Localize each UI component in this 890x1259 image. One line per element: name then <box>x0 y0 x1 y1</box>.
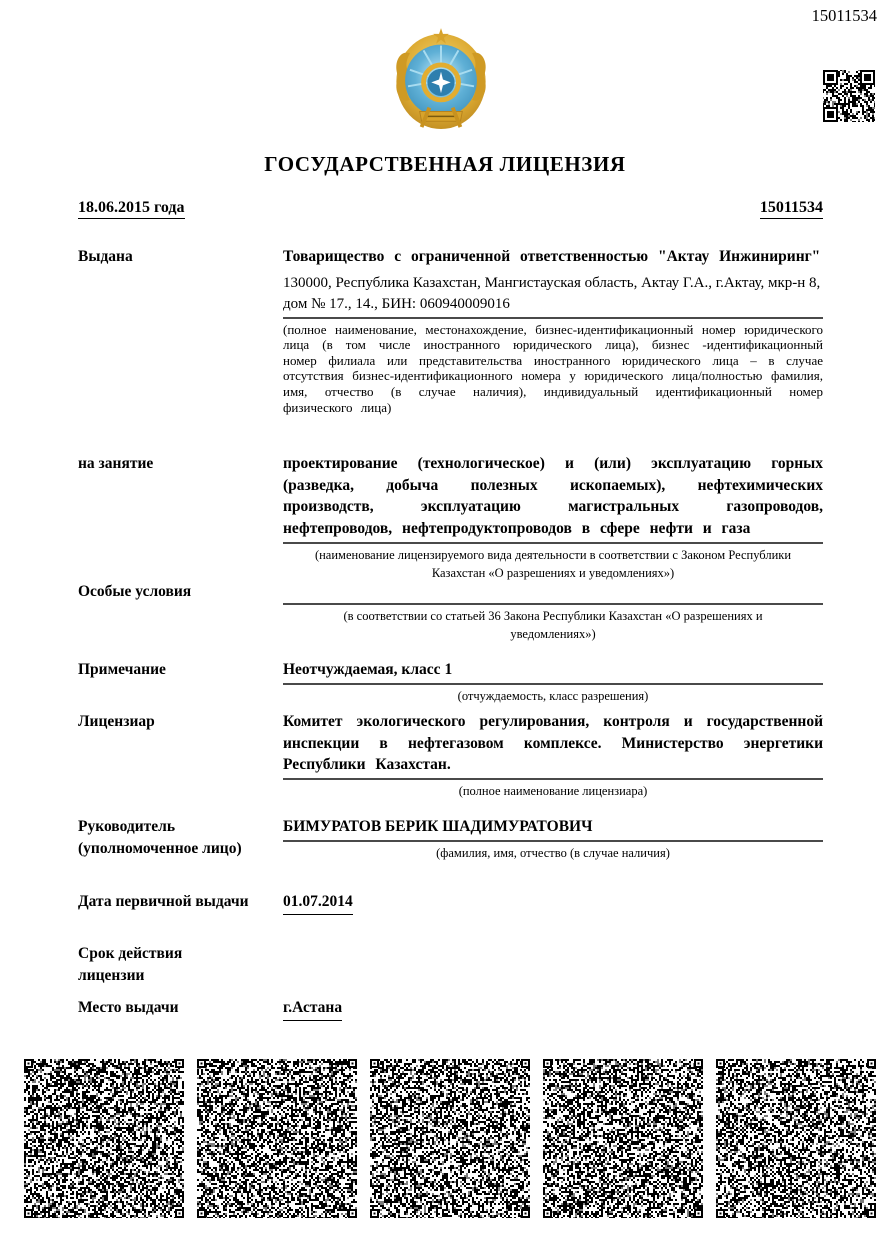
barcode-icon <box>197 1059 357 1218</box>
field-special-conditions: Особые условия (в соответствии со статье… <box>78 581 823 643</box>
field-validity-label: Срок действия лицензии <box>78 943 283 986</box>
field-head-caption: (фамилия, имя, отчество (в случае наличи… <box>283 844 823 862</box>
barcode-strip <box>24 1059 876 1218</box>
qr-code-canvas <box>820 67 878 125</box>
document-number-top: 15011534 <box>812 6 877 26</box>
field-licensor-caption: (полное наименование лицензиара) <box>283 782 823 800</box>
field-head: Руководитель (уполномоченное лицо) БИМУР… <box>78 816 823 862</box>
field-licensor: Лицензиар Комитет экологического регулир… <box>78 711 823 800</box>
field-licensor-value: Комитет экологического регулирования, ко… <box>283 711 823 776</box>
field-activity-caption: (наименование лицензируемого вида деятел… <box>313 546 793 582</box>
field-note-value: Неотчуждаемая, класс 1 <box>283 659 823 681</box>
field-first-issue-date-label: Дата первичной выдачи <box>78 891 283 913</box>
field-issued-to-caption: (полное наименование, местонахождение, б… <box>283 322 823 416</box>
divider <box>283 840 823 842</box>
field-issue-place: Место выдачи г.Астана <box>78 997 823 1021</box>
license-number: 15011534 <box>760 199 823 219</box>
field-issued-to-address: 130000, Республика Казахстан, Мангистаус… <box>283 273 823 315</box>
field-licensor-label: Лицензиар <box>78 711 283 733</box>
field-head-label: Руководитель (уполномоченное лицо) <box>78 816 283 859</box>
field-activity-value: проектирование (технологическое) и (или)… <box>283 453 823 540</box>
license-document: 15011534 <box>0 0 890 1259</box>
kazakhstan-coat-of-arms-icon <box>393 26 490 139</box>
divider <box>283 683 823 685</box>
barcode-icon <box>24 1059 184 1218</box>
divider <box>283 542 823 544</box>
field-issued-to-label: Выдана <box>78 246 283 268</box>
field-activity: на занятие проектирование (технологическ… <box>78 453 823 582</box>
field-issued-to: Выдана Товарищество с ограниченной ответ… <box>78 246 823 415</box>
field-first-issue-date: Дата первичной выдачи 01.07.2014 <box>78 891 823 915</box>
divider <box>283 778 823 780</box>
field-issue-place-value: г.Астана <box>283 997 342 1021</box>
issue-date: 18.06.2015 года <box>78 199 185 219</box>
barcode-icon <box>543 1059 703 1218</box>
document-title: ГОСУДАРСТВЕННАЯ ЛИЦЕНЗИЯ <box>0 152 890 177</box>
barcode-icon <box>716 1059 876 1218</box>
field-activity-label: на занятие <box>78 453 283 475</box>
barcode-icon <box>370 1059 530 1218</box>
field-note-label: Примечание <box>78 659 283 681</box>
field-issued-to-value: Товарищество с ограниченной ответственно… <box>283 246 823 268</box>
field-validity: Срок действия лицензии <box>78 943 823 986</box>
field-first-issue-date-value: 01.07.2014 <box>283 891 353 915</box>
field-note: Примечание Неотчуждаемая, класс 1 (отчуж… <box>78 659 823 705</box>
date-number-row: 18.06.2015 года 15011534 <box>78 199 823 219</box>
field-special-conditions-value <box>283 581 823 601</box>
field-note-caption: (отчуждаемость, класс разрешения) <box>283 687 823 705</box>
qr-code-icon <box>820 67 878 125</box>
divider <box>283 603 823 605</box>
field-special-conditions-label: Особые условия <box>78 581 283 603</box>
divider <box>283 317 823 319</box>
field-special-conditions-caption: (в соответствии со статьей 36 Закона Рес… <box>338 607 768 643</box>
field-head-value: БИМУРАТОВ БЕРИК ШАДИМУРАТОВИЧ <box>283 816 823 838</box>
field-issue-place-label: Место выдачи <box>78 997 283 1019</box>
